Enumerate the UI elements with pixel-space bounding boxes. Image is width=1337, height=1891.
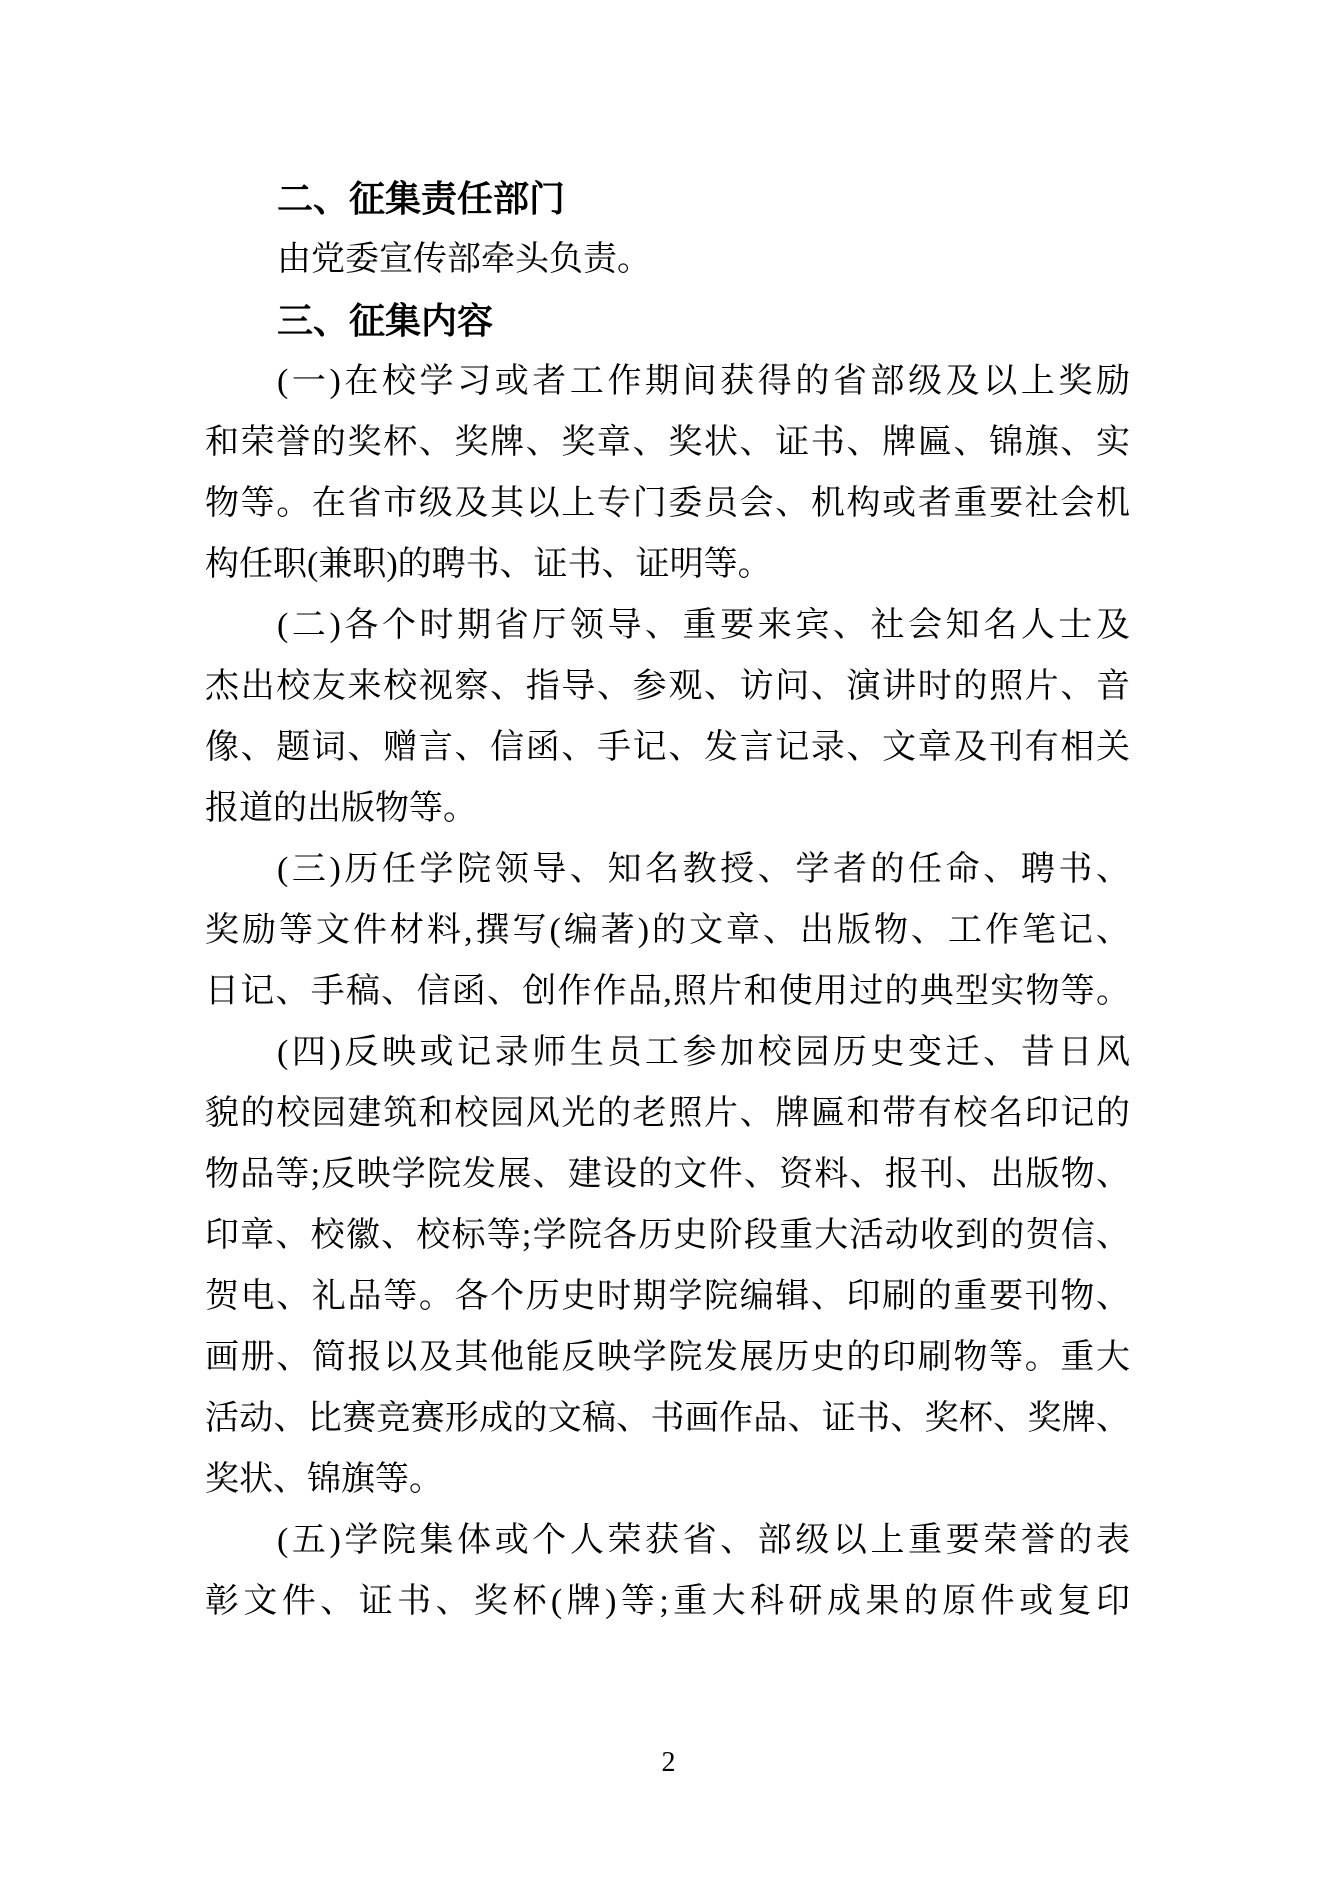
text-line: 活动、比赛竞赛形成的文稿、书画作品、证书、奖杯、奖牌、 [205, 1388, 1130, 1449]
document-page: 二、征集责任部门由党委宣传部牵头负责。三、征集内容(一)在校学习或者工作期间获得… [0, 0, 1337, 1891]
text-line: 贺电、礼品等。各个历史时期学院编辑、印刷的重要刊物、 [205, 1266, 1130, 1327]
text-line: 印章、校徽、校标等;学院各历史阶段重大活动收到的贺信、 [205, 1205, 1130, 1266]
text-line: 画册、简报以及其他能反映学院发展历史的印刷物等。重大 [205, 1327, 1130, 1388]
text-line: 构任职(兼职)的聘书、证书、证明等。 [205, 534, 1130, 595]
text-line: 奖状、锦旗等。 [205, 1449, 1130, 1510]
text-line: 彰文件、证书、奖杯(牌)等;重大科研成果的原件或复印 [205, 1571, 1130, 1632]
text-line: (四)反映或记录师生员工参加校园历史变迁、昔日风 [205, 1022, 1130, 1083]
text-line: 日记、手稿、信函、创作作品,照片和使用过的典型实物等。 [205, 961, 1130, 1022]
section-heading: 二、征集责任部门 [205, 168, 1130, 229]
text-line: 物等。在省市级及其以上专门委员会、机构或者重要社会机 [205, 473, 1130, 534]
section-heading: 三、征集内容 [205, 290, 1130, 351]
text-line: (五)学院集体或个人荣获省、部级以上重要荣誉的表 [205, 1510, 1130, 1571]
text-line: (一)在校学习或者工作期间获得的省部级及以上奖励 [205, 351, 1130, 412]
text-line: 物品等;反映学院发展、建设的文件、资料、报刊、出版物、 [205, 1144, 1130, 1205]
text-line: 像、题词、赠言、信函、手记、发言记录、文章及刊有相关 [205, 717, 1130, 778]
text-line: 奖励等文件材料,撰写(编著)的文章、出版物、工作笔记、 [205, 900, 1130, 961]
text-line: (三)历任学院领导、知名教授、学者的任命、聘书、 [205, 839, 1130, 900]
text-line: 和荣誉的奖杯、奖牌、奖章、奖状、证书、牌匾、锦旗、实 [205, 412, 1130, 473]
text-line: 杰出校友来校视察、指导、参观、访问、演讲时的照片、音 [205, 656, 1130, 717]
text-line: 报道的出版物等。 [205, 778, 1130, 839]
text-line: 由党委宣传部牵头负责。 [205, 229, 1130, 290]
text-line: (二)各个时期省厅领导、重要来宾、社会知名人士及 [205, 595, 1130, 656]
document-body: 二、征集责任部门由党委宣传部牵头负责。三、征集内容(一)在校学习或者工作期间获得… [205, 168, 1130, 1632]
page-number: 2 [0, 1746, 1337, 1780]
text-line: 貌的校园建筑和校园风光的老照片、牌匾和带有校名印记的 [205, 1083, 1130, 1144]
